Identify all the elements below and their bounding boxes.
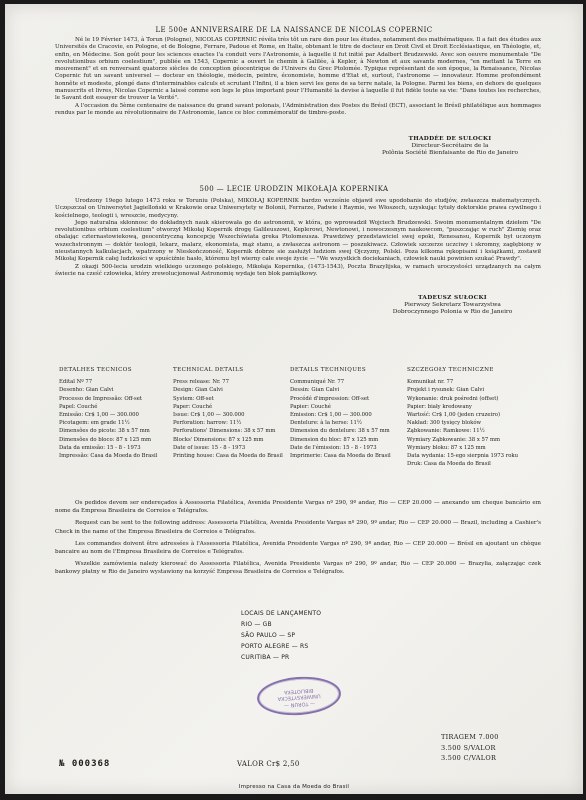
tech-detail-line: Date de l'émission: 15 - 8 - 1973	[290, 444, 408, 452]
tech-column-french: DETAILS TECHNIQUES Communiqué Nr. 77Dess…	[290, 366, 408, 460]
tech-detail-line: Emissão: Cr$ 1,00 — 300.000	[59, 411, 177, 419]
tech-detail-line: Data da emissão: 15 - 8 - 1973	[59, 444, 177, 452]
tech-detail-line: Press release: Nr. 77	[173, 378, 291, 386]
tiragem-sem-valor: 3.500 S/VALOR	[441, 743, 499, 754]
face-value: VALOR Cr$ 2,50	[237, 760, 300, 768]
tech-detail-line: Dimension du bloc: 87 x 125 mm	[290, 436, 408, 444]
tech-detail-line: Papel: Couché	[59, 403, 177, 411]
launch-locations: LOCAIS DE LANÇAMENTO RIO — GB SÃO PAULO …	[241, 608, 321, 663]
tech-column-polish: SZCZEGOŁY TECHNICZNE Komunikat nr. 77Pro…	[407, 366, 542, 468]
tech-detail-line: Perforations' Dimensions: 38 x 57 mm	[173, 427, 291, 435]
tech-detail-line: Emission: Cr$ 1,00 — 300.000	[290, 411, 408, 419]
tech-heading: SZCZEGOŁY TECHNICZNE	[407, 366, 542, 374]
tiragem-com-valor: 3.500 C/VALOR	[441, 753, 499, 764]
launch-place: RIO — GB	[241, 619, 321, 630]
tech-detail-line: Wartość: Cr$ 1,00 (jeden cruzeiro)	[407, 411, 542, 419]
launch-place: CURITIBA — PR	[241, 652, 321, 663]
tech-detail-line: Wykonanie: druk pośredni (offset)	[407, 395, 542, 403]
signature-name: TADEUSZ SUŁOCKI	[370, 295, 535, 302]
library-stamp: — TORUŃ — UNIWERSYTECKA BIBLIOTEKA	[256, 674, 342, 718]
tech-detail-line: Dimensões do bloco: 87 x 125 mm	[59, 436, 177, 444]
tech-detail-line: Wymiary Ząbkowanie: 38 x 57 mm	[407, 436, 542, 444]
french-paragraph: Né le 19 Février 1473, à Torun (Pologne)…	[55, 37, 541, 103]
tech-detail-line: Communiqué Nr. 77	[290, 378, 408, 386]
polish-paragraph: Jego naturalna skłonnosc do dokładnych n…	[55, 220, 541, 264]
signature-role: Pierwszy Sekretarz Towarzystwa	[370, 302, 535, 309]
tech-detail-line: Date of issue: 15 - 8 - 1973	[173, 444, 291, 452]
order-paragraph-english: Request can be sent to the following add…	[55, 519, 541, 535]
french-signature: THADDÉE DE SULOCKI Directeur-Secrétaire …	[365, 136, 535, 158]
tech-detail-line: Projekt i rysunek: Gian Calvi	[407, 386, 542, 394]
tiragem-total: TIRAGEM 7.000	[441, 732, 499, 743]
tech-detail-line: Processo de Impressão: Off-set	[59, 395, 177, 403]
tech-heading: DETAILS TECHNIQUES	[290, 366, 408, 374]
tech-detail-line: Nakład: 300 tysięcy bloków	[407, 419, 542, 427]
tech-detail-line: Dimension du dentelure: 38 x 57 mm	[290, 427, 408, 435]
polish-paragraph: Urodzony 19ego lutego 1473 roku w Toruni…	[55, 198, 541, 220]
signature-org: Polônia Société Bienfaisante de Rio de J…	[365, 150, 535, 157]
tech-detail-line: Komunikat nr. 77	[407, 378, 542, 386]
serial-number: № 000368	[59, 759, 110, 769]
tech-detail-line: Dentelure: à la herse: 11½	[290, 419, 408, 427]
tech-detail-line: Druk: Casa da Moeda do Brasil	[407, 460, 542, 468]
tech-detail-line: Papier: Couché	[290, 403, 408, 411]
tech-detail-line: Dessin: Gian Calvi	[290, 386, 408, 394]
tech-detail-line: Wymiary bloku: 87 x 125 mm	[407, 444, 542, 452]
french-body: Né le 19 Février 1473, à Torun (Pologne)…	[55, 37, 541, 117]
launch-place: SÃO PAULO — SP	[241, 630, 321, 641]
tech-detail-line: Papier: biały kredowany	[407, 403, 542, 411]
tech-detail-line: System: Off-set	[173, 395, 291, 403]
tech-detail-line: Issue: Cr$ 1,00 — 300.000	[173, 411, 291, 419]
french-title: LE 500e ANNIVERSAIRE DE LA NAISSANCE DE …	[5, 26, 583, 34]
tech-detail-line: Paper: Couché	[173, 403, 291, 411]
print-run: TIRAGEM 7.000 3.500 S/VALOR 3.500 C/VALO…	[441, 732, 499, 764]
french-paragraph: A l'occasion du 5ème centenaire de naiss…	[55, 103, 541, 118]
order-paragraph-french: Les commandes doivent être adressées à l…	[55, 540, 541, 556]
tech-detail-line: Perforation: harrow: 11½	[173, 419, 291, 427]
printer-credit: Impresso na Casa da Moeda do Brasil	[5, 784, 583, 790]
tech-detail-line: Printing house: Casa da Moeda do Brasil	[173, 452, 291, 460]
polish-paragraph: Z okazji 500-lecia urodzin wielkiego ucz…	[55, 264, 541, 279]
launch-place: PORTO ALEGRE — RS	[241, 641, 321, 652]
document-sheet: LE 500e ANNIVERSAIRE DE LA NAISSANCE DE …	[5, 4, 583, 794]
order-paragraph-polish: Wszelkie zamówienia należy kierować do A…	[55, 560, 541, 576]
polish-title: 500 — LECIE URODZIN MIKOŁAJA KOPERNIKA	[5, 185, 583, 193]
tech-detail-line: Data wydania: 15-ego sierpnia 1973 roku	[407, 452, 542, 460]
tech-detail-line: Blocks' Dimensions: 87 x 125 mm	[173, 436, 291, 444]
tech-detail-line: Impressão: Casa da Moeda do Brasil	[59, 452, 177, 460]
tech-column-english: TECHNICAL DETAILS Press release: Nr. 77D…	[173, 366, 291, 460]
order-paragraph-portuguese: Os pedidos devem ser endereçados à Asses…	[55, 499, 541, 515]
signature-org: Dobroczynnego Polonia w Rio de Janeiro	[370, 309, 535, 316]
tech-detail-line: Desenho: Gian Calvi	[59, 386, 177, 394]
polish-signature: TADEUSZ SUŁOCKI Pierwszy Sekretarz Towar…	[370, 295, 535, 317]
order-instructions: Os pedidos devem ser endereçados à Asses…	[55, 499, 541, 581]
tech-detail-line: Ząbkowanie: Ramkowe: 11½	[407, 427, 542, 435]
tech-column-portuguese: DETALHES TECNICOS Edital Nº 77Desenho: G…	[59, 366, 177, 460]
tech-heading: TECHNICAL DETAILS	[173, 366, 291, 374]
polish-body: Urodzony 19ego lutego 1473 roku w Toruni…	[55, 198, 541, 278]
tech-detail-line: Dimensões do picote: 38 x 57 mm	[59, 427, 177, 435]
tech-detail-line: Edital Nº 77	[59, 378, 177, 386]
tech-detail-line: Procédé d'impression: Off-set	[290, 395, 408, 403]
launch-heading: LOCAIS DE LANÇAMENTO	[241, 608, 321, 619]
tech-heading: DETALHES TECNICOS	[59, 366, 177, 374]
tech-detail-line: Design: Gian Calvi	[173, 386, 291, 394]
tech-detail-line: Imprimerie: Casa da Moeda do Brasil	[290, 452, 408, 460]
tech-detail-line: Picotagem: em grade 11½	[59, 419, 177, 427]
